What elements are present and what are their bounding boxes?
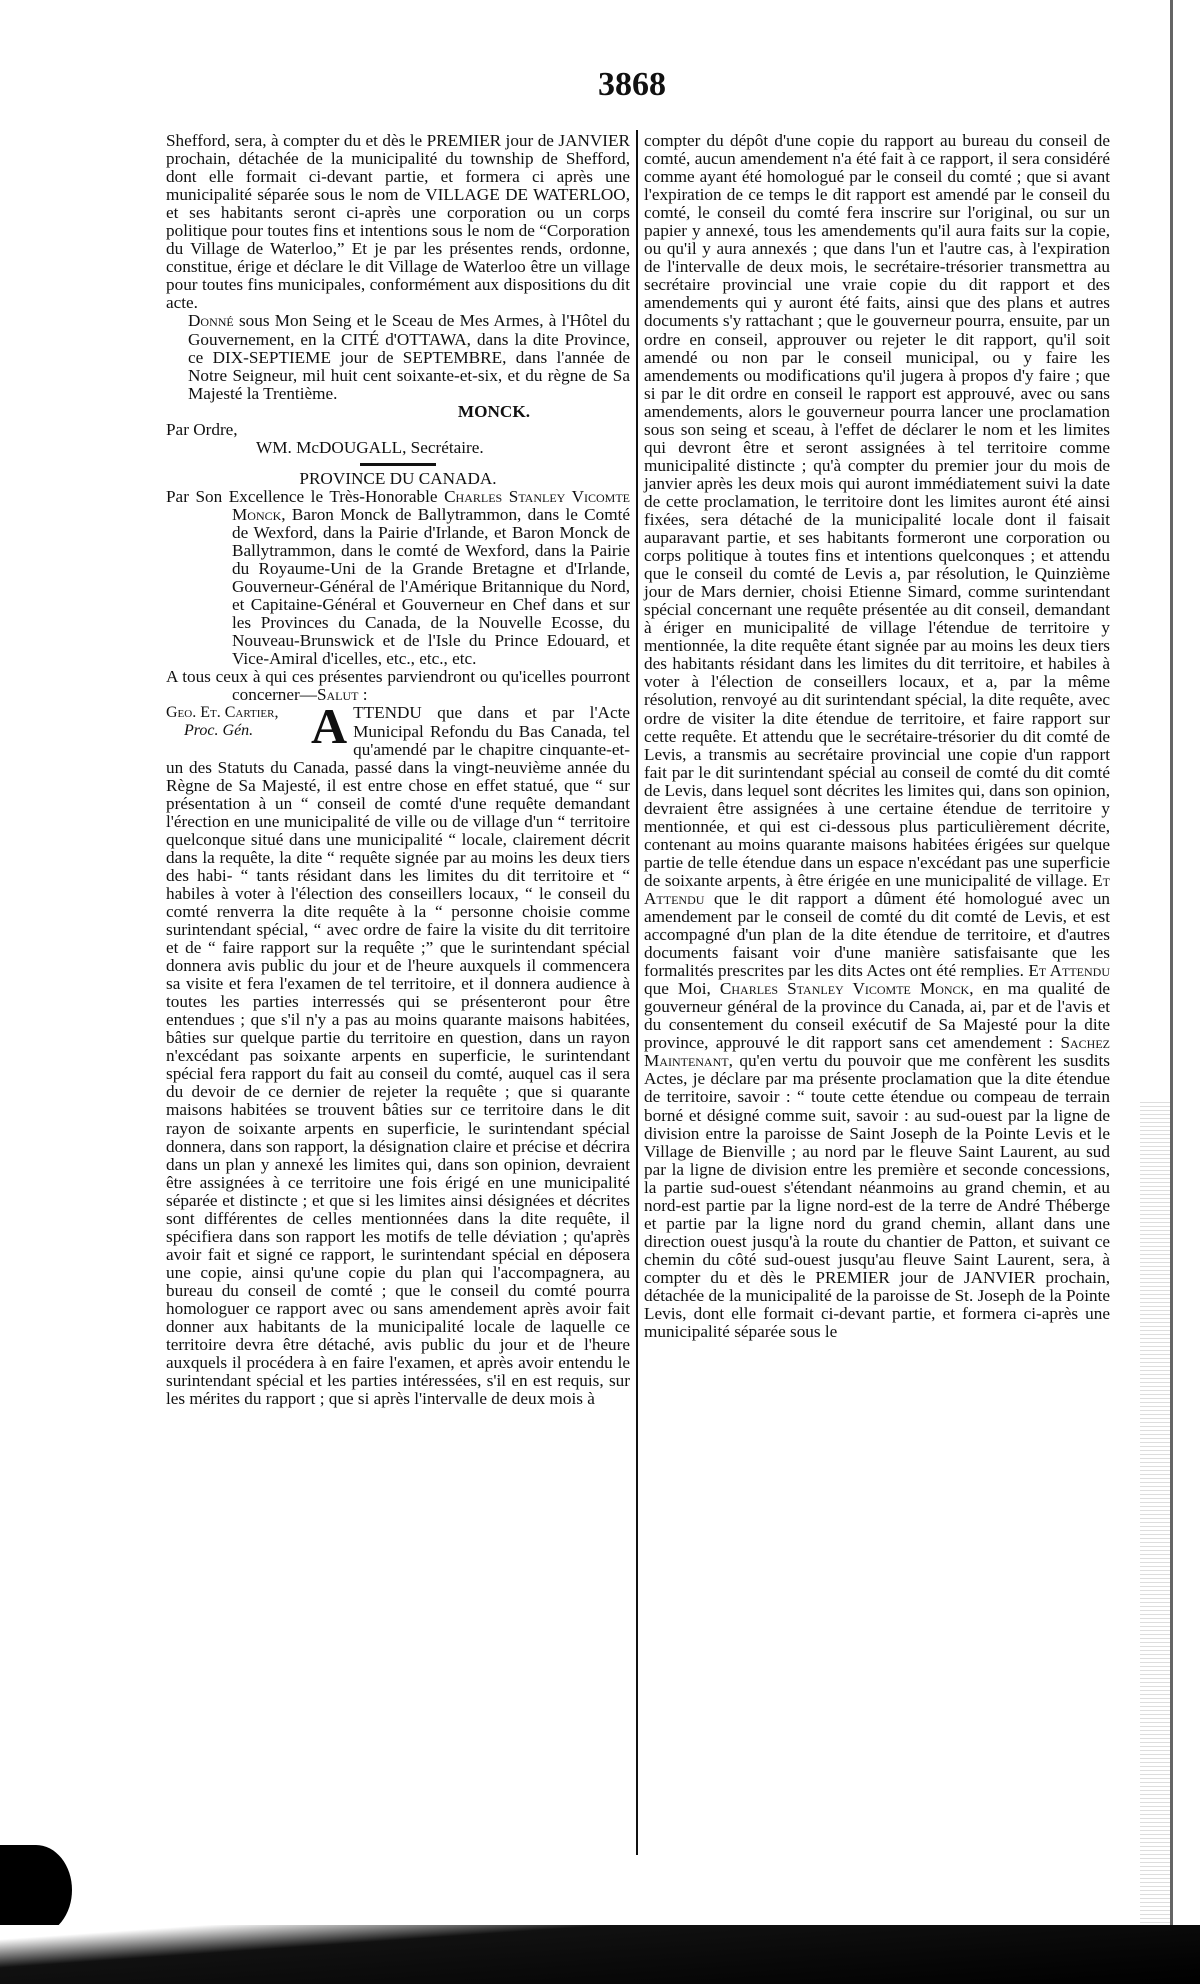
given-under-paragraph: Donné sous Mon Seing et le Sceau de Mes … (166, 312, 630, 402)
par-ordre: Par Ordre, (166, 421, 630, 439)
drop-cap: A (311, 706, 347, 746)
donne-lead: Donné (188, 311, 234, 330)
salut: Salut : (317, 685, 368, 704)
column-divider (636, 130, 638, 1855)
scan-bottom-edge (0, 1925, 1200, 1984)
scan-noise (1140, 1100, 1170, 1930)
signature-monck: MONCK. (166, 403, 630, 421)
right-column: compter du dépôt d'une copie du rapport … (644, 132, 1110, 1341)
page-number: 3868 (598, 66, 666, 104)
attendu3-lead: Et Attendu (1028, 961, 1110, 980)
excellency-paragraph: Par Son Excellence le Très-Honorable Cha… (166, 488, 630, 668)
waterloo-paragraph: Shefford, sera, à compter du et dès le P… (166, 132, 630, 312)
scan-shadow (0, 1845, 72, 1935)
excellency-lead: Par Son Excellence le Très-Honorable (166, 487, 438, 506)
proclamation-text: , qu'en vertu du pouvoir que me confèren… (644, 1051, 1110, 1341)
attendu-paragraph: Geo. Et. Cartier, Proc. Gén. A TTENDU qu… (166, 704, 630, 1408)
right-paragraph-main: compter du dépôt d'une copie du rapport … (644, 132, 1110, 1341)
attendu-text: TTENDU que dans et par l'Acte Municipal … (166, 703, 630, 1408)
left-column: Shefford, sera, à compter du et dès le P… (166, 132, 630, 1408)
donne-text: sous Mon Seing et le Sceau de Mes Armes,… (188, 311, 630, 402)
section-heading: PROVINCE DU CANADA. (166, 470, 630, 488)
margin-title: Proc. Gén. (166, 722, 253, 739)
salut-lead: A tous ceux à qui ces présentes parviend… (166, 667, 630, 704)
attendu3-text-a: que Moi, (644, 979, 711, 998)
right-text-1: compter du dépôt d'une copie du rapport … (644, 131, 1110, 890)
salutation-paragraph: A tous ceux à qui ces présentes parviend… (166, 668, 630, 704)
excellency-text: , Baron Monck de Ballytrammon, dans le C… (232, 505, 630, 668)
attendu3-name: Charles Stanley Vicomte Monck (720, 979, 969, 998)
page-edge-line (1170, 0, 1173, 1984)
section-divider (360, 463, 436, 466)
margin-note: Geo. Et. Cartier, Proc. Gén. (166, 704, 311, 740)
margin-name: Geo. Et. Cartier, (166, 704, 278, 721)
secretary-signature: WM. McDOUGALL, Secrétaire. (166, 439, 630, 457)
